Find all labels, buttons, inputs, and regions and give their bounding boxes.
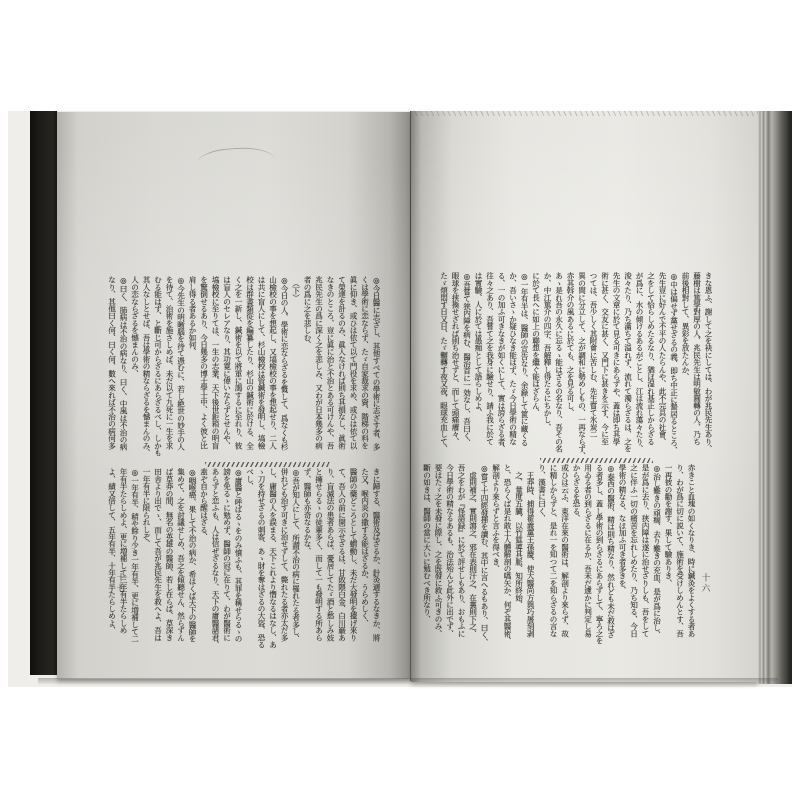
text-column: を待て、治術を施さしめば、未だ以て九死に一生を求 xyxy=(164,276,176,462)
text-column: く之を一新し、鍼術を以て將軍に謁するに至れり、彼 xyxy=(233,276,245,462)
text-column: 或ひは云ふ、東洋在來の醫術は、解剖より來らず、故 xyxy=(559,464,571,651)
text-column: を驚倒せるあり、今日幾多の博士學士中、よく彼と比 xyxy=(198,276,210,462)
text-column: ◎吾嘗て狭内障を病む、醫治首に一効なし、吾曰く、 xyxy=(461,272,473,458)
text-column: ◎嘗て十四經發揮を讀む、其中に言へるもあり、曰く、 xyxy=(479,464,491,651)
text-column: 吾之をわが『怪語録』に於て評せしもあり、おもふに xyxy=(456,464,468,651)
text-column: からざるを恐る、 xyxy=(571,464,583,651)
left-page-upper-text-band: ◎今日醫に志ざし、其他すべての學術に志ざす者、多くは學術に恋ならず、たゞ自家裁求… xyxy=(106,276,382,462)
text-column: 先生豈に好んで不平の人たらんや、此不完具の社會、 xyxy=(657,272,669,458)
left-page-lower-text-band: きに歸する、醫術及ばざるか、針灸適するなきか、將た又、喉内炎の撒する能はざるか、… xyxy=(106,468,382,656)
text-column: 浚々たり、乃ち滿ちて溢れず、流れて濁らざるは、之を xyxy=(622,272,634,458)
text-column: か、吾いさゝか疑ひなき能はず、たゞ今日學術の精な xyxy=(507,272,519,458)
page-fore-edge-stack xyxy=(758,111,792,684)
text-column: と擁せらるゝの徒輩多く、而して一も發明する所あら xyxy=(313,468,325,656)
text-column: 往々之あり、吾嘗て之を我身に驗せり、請ふ我に於て xyxy=(484,272,496,458)
text-column: は實驗、人に於ては愚痴として語らしめよ、 xyxy=(473,272,485,458)
book-photo: ◎今日醫に志ざし、其他すべての學術に志ざす者、多くは學術に恋ならず、たゞ自家裁求… xyxy=(8,111,792,687)
text-column: ゝ刀を持せざるの刺客、あゝ財を奪はざるの大盜、恐る xyxy=(256,468,268,656)
text-column: 用ゐる者の到らざるに在るか、吾未だ遽かに判定し易 xyxy=(582,464,594,651)
text-column: 盍ぞ自から醒はざる、 xyxy=(198,468,210,656)
left-page: ◎今日醫に志ざし、其他すべての學術に志ざす者、多くは學術に恋ならず、たゞ自家裁求… xyxy=(57,112,411,679)
text-column: 藤樹は篤學對厚の人、兆民先生は明敏圓轉の人、乃ち xyxy=(691,272,703,458)
text-column: り、わが爲に切に説いて、施術を受けしめんとす、吾 xyxy=(674,464,686,651)
text-column: 之に伴ふ一切の痛苦を忘れしめたり、乃ち知る、今日 xyxy=(628,464,640,651)
text-column: きに歸する、醫術及ばざるか、針灸適するなきか、將 xyxy=(371,468,383,656)
text-column: あゝ是れ吾の永久に忘るゝ能はざるの名なり、吾その名 xyxy=(553,272,565,458)
right-page-lower-text-band: 赤きこと血塊の如くなりき、時に鍼灸をよくする者あり、わが爲に切に説いて、施術を受… xyxy=(421,464,697,651)
text-column: と、恐らくば是れ敢土人體解剖の嚆矢か、何ぞ其醫術、 xyxy=(502,464,514,651)
text-column: たゞ煩悶す日又日、たゞ輾轉す夜又夜、眼球充血して、 xyxy=(438,272,450,458)
text-column: 年有半たらしめよ、更に増補して三年有半たらしめ xyxy=(118,468,130,656)
text-column: が爲に、水の傾けるあるがごとし、江は流れ蕩々たり、 xyxy=(634,272,646,458)
text-column: 眞に仰き、或ひは依て以て門役を求め、或ひは依て以 xyxy=(348,276,360,462)
text-column: り、漢書に曰く、 xyxy=(536,464,548,651)
text-column: 校は群書類從を編纂したり、杉山の鍼術に於ける、全 xyxy=(244,276,256,462)
text-column: 併れども治す可きに治せずして、斃れたる者亦太だ多 xyxy=(279,468,291,656)
text-column: 解剖より來らずと言ふを得べき、 xyxy=(490,464,502,651)
right-page-folio: 十六 xyxy=(700,573,712,594)
text-column: （下） xyxy=(290,276,302,462)
text-column: 肩し得る者あるか如何、 xyxy=(187,276,199,462)
text-column: 斷の如きは、醫師の當に大いに勉むべき所なり、 xyxy=(421,464,433,651)
text-column: 王莽時、捕得翟義黨王孫慶、使大醫尚方與巧屠刻剥 xyxy=(525,464,537,651)
text-column: 兆民先生の爲に深く之を悲しみ、又わが日本幾多の病 xyxy=(313,276,325,462)
text-column: 要はたゞ之を未發に際し、之を既發に救ふ可きのみ、 xyxy=(433,464,445,651)
text-column: 是が爲に去り、狭内障は遂に治せざりしも、吾をして xyxy=(640,464,652,651)
text-column: 人の恋ならざるを憾まんのみ、 xyxy=(129,276,141,462)
right-page: きな恩ふ、謝して之を袂にしては、わが兆民先生あり、藤樹は篤學對厚の人、兆民先生は… xyxy=(411,111,758,682)
book-cover-edge xyxy=(30,111,57,675)
text-column: ◎咽喉癌、果して不治の病か、希はくば天下の醫師を xyxy=(187,468,199,656)
text-column: 之をして恰らしめたるなり、猶ほ湿れ基正しからざる xyxy=(645,272,657,458)
text-column: 前後相對して、異彩を放たんか、 xyxy=(680,272,692,458)
text-column: ◎曰く、肺病は不治の病なり、曰く、中風は不治の病 xyxy=(118,276,130,462)
text-column: きな恩ふ、謝して之を袂にしては、わが兆民先生あり、 xyxy=(703,272,715,458)
text-column: 一年有半に限られしぞ、 xyxy=(141,468,153,656)
text-column: あらずと恋ふも、人は信ぜざるなり、天下の庸醫諸君、 xyxy=(210,468,222,656)
text-column: ◎庸醫と呼ばるゝをのみ憤ふも、其罪を稱せらるゝの xyxy=(233,468,245,656)
text-column: べし、 xyxy=(244,468,256,656)
text-column: か、中江篤介の四字、吾解釋し得たるにちかし、 xyxy=(542,272,554,458)
text-column: 之、量度五臓、以竹筵導其脈、知所終始、 xyxy=(513,464,525,651)
text-column: り、盲滅法の患者あらば、憂居してたゞ酒と愁しみ妓 xyxy=(325,468,337,656)
text-column: に於て長へに如上の聯想を繼ぐ能はざらん、 xyxy=(530,272,542,458)
right-page-upper-text-band: きな恩ふ、謝して之を袂にしては、わが兆民先生あり、藤樹は篤學對厚の人、兆民先生は… xyxy=(438,272,714,458)
text-column: 眼球を挟換せざれば則ち治せずと、而して頭痛癢々、 xyxy=(450,272,462,458)
text-column: は共に盲人にして、杉山檢校は管鍼術を發明し、塙檢 xyxy=(256,276,268,462)
text-column: むる能はず、と斷じ可からざるにあらざるべし、しかも xyxy=(152,276,164,462)
text-column: に精しからずと、是れ一を知つて二を知らざるの言な xyxy=(548,464,560,651)
text-column: 先生の文章に於て見る可きにあらずや、蓋は即ち其學 xyxy=(611,272,623,458)
text-column: ◎今日の人、學術に恋ならざるを慨して、爲なくも杉 xyxy=(279,276,291,462)
text-column: る、一の加ふ可きなきが如くにして、實は誇らざる者、 xyxy=(496,272,508,458)
text-column: 者の爲に之を悲しむ、 xyxy=(302,276,314,462)
text-column: ◎一年有半、稍や餘り少き一年有半、更に増補して二 xyxy=(129,468,141,656)
text-column: 術に甚く、交友に甚く、又門下に甚きを示す、今に至 xyxy=(599,272,611,458)
text-column: ◎今日醫に志ざし、其他すべての學術に志ざす者、多 xyxy=(371,276,383,462)
text-column: 其人なしとせば、吾は學術の精ならざるを憾まんのみ、 xyxy=(141,276,153,462)
text-column: 今日學術の精なるあるも、治法殆んど此外に出でず、 xyxy=(444,464,456,651)
text-column: 赤きこと血塊の如くなりき、時に鍼灸をよくする者あ xyxy=(686,464,698,651)
text-column: ◎一年有半は、醫師の宣告なり、余錄して篋に藏くる xyxy=(519,272,531,458)
page-top-edge-texture xyxy=(411,111,792,116)
text-column: ◎泰西の醫術、精は則ち精なり、然れども未だ救はざ xyxy=(605,464,617,651)
text-column: くは學術に恋ならず、たゞ自家裁求の資、階梯の料を xyxy=(359,276,371,462)
text-column: ず、醫師も亦奇なるかな、 xyxy=(302,468,314,656)
text-column: た又、喉内炎の撒する能はざるか、うらめしく、 xyxy=(359,468,371,656)
text-column: 醫師の藥どころとして蝟動し、未だ大發明を擡げ來り xyxy=(348,468,360,656)
section-divider-left xyxy=(205,462,330,467)
text-column: なり、其他曰く何、曰く何、數へ來れば不治の病何多 xyxy=(106,276,118,462)
text-column: 虚則補之、實則瀉之、邪在表則汗之、在裏則下之、 xyxy=(467,464,479,651)
crease-mark xyxy=(197,145,276,165)
text-column: 田舎より出でゝ、而して吾が兆民先生を救へよ、吾は xyxy=(152,468,164,656)
text-column: 赤其斡介の風あるに於ても、之を見る可し、 xyxy=(565,272,577,458)
text-column: て榮達を計るのみ、眞人なければ則ち其損なし、眞術 xyxy=(336,276,348,462)
text-column: て、吾人の前に開示せざるは、甘敗隈白金、白川巌あ xyxy=(336,468,348,656)
text-column: 謗を免るゝに勉めず、醫師の冠に在りて、わが醫術に xyxy=(221,468,233,656)
text-column: 山檢校の事を想起し、又塙檢校の事を想起せり、二人 xyxy=(267,276,279,462)
book-bottom-shadow xyxy=(38,678,778,685)
text-column: 一再彼の勸を謝す、果して驗ありき、 xyxy=(663,464,675,651)
text-column: つては、吾少しく其附會に苦しむ、先生嘗て氷炭二 xyxy=(588,272,600,458)
text-column: なきのところ、豈に眞に治と不治とある可けんや、吾 xyxy=(325,276,337,462)
text-column: ば草莽の間、無名の英雄の醫師、若し在らば、草深き xyxy=(164,468,176,656)
section-divider-right xyxy=(540,458,653,463)
text-column: は盲人のセレアなり、其功寛に偉いならずとせんや、 xyxy=(221,276,233,462)
text-column: し、庸醫の人を誤まる、天下これより憯なるはなし、あ xyxy=(267,468,279,656)
text-column: ◎治し難きの頑痼、去り難きの充血、是が爲に治し、 xyxy=(651,464,663,651)
text-column: ◎吾が知人にして、所謂不治の病に罹れたる者多し、 xyxy=(290,468,302,656)
text-column: 塙檢校に至りては、一生の志業、天下後世鉅箱の明盲 xyxy=(210,276,222,462)
text-column: ◎中は偏せず黨せざるの義、即ち中正に蟄居るところ、 xyxy=(668,272,680,458)
text-column: ◎今先生の明晰腦を待て憑むに、若し絶世の妙手の人 xyxy=(175,276,187,462)
left-page-folio: 十七 xyxy=(115,573,127,594)
text-column: 學術の精なる、なほ加ふ可き者多きを、 xyxy=(617,464,629,651)
text-column: る者多し、蓋し學術の到らざるにあらずして、寧ろ之を xyxy=(594,464,606,651)
text-column: 集めて、之を討議せしめ、吾之を傾聽せん、然らずん xyxy=(175,468,187,656)
text-column: 異の間に分立して、之が調和に勢めしもの、一再ならず、 xyxy=(576,272,588,458)
text-column: よ、績又倍して、五年有半、十年有半たらしめよ、 xyxy=(106,468,118,656)
